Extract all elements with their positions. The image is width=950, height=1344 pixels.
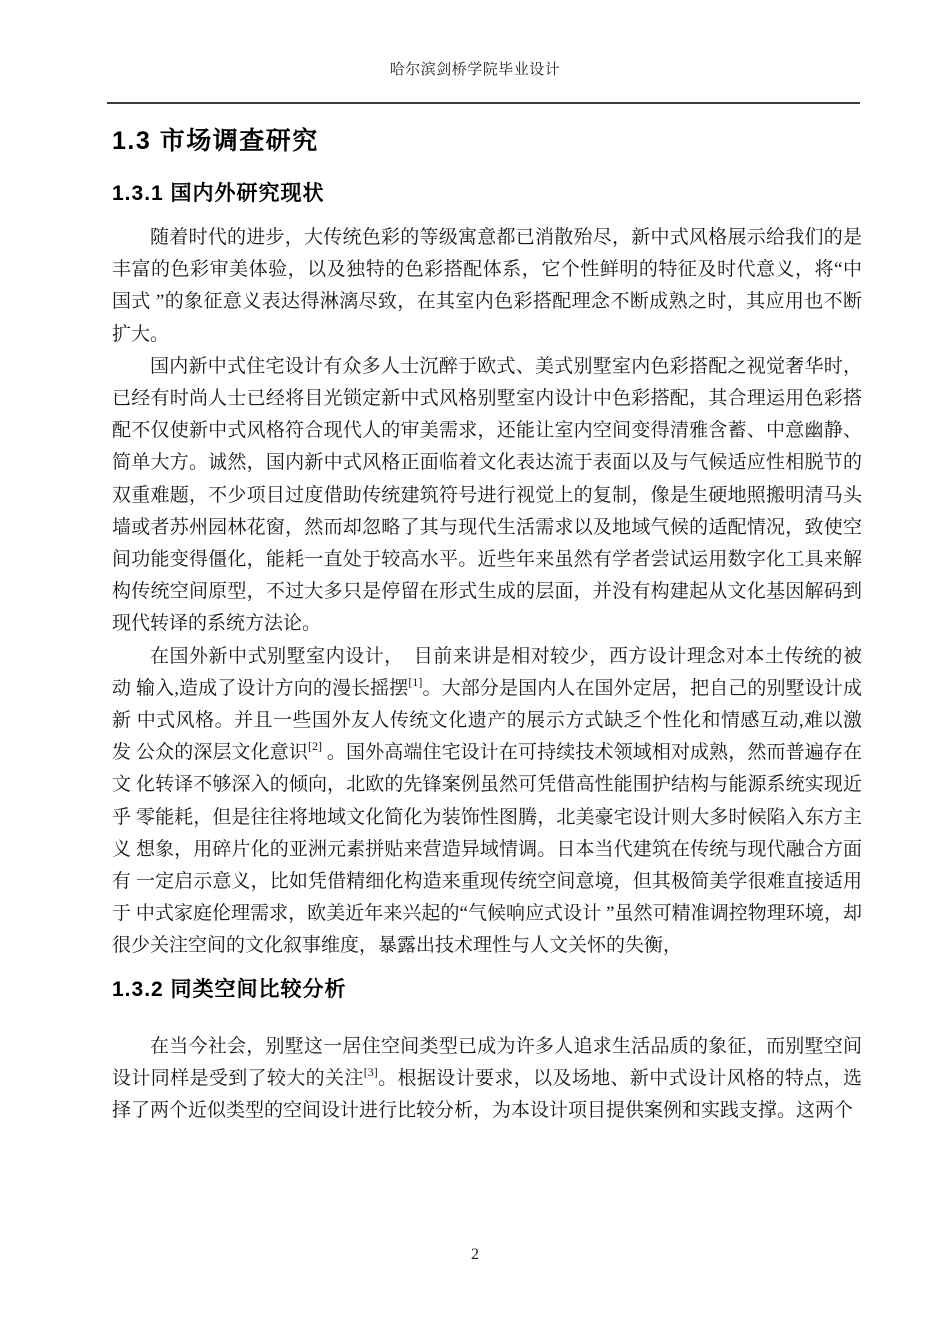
subsection-heading-1-3-1: 1.3.1 国内外研究现状 [112, 181, 862, 207]
paragraph-4: 在当今社会，别墅这一居住空间类型已成为许多人追求生活品质的象征，而别墅空间设计同… [112, 1031, 862, 1128]
document-page: 哈尔滨剑桥学院毕业设计 1.3 市场调查研究 1.3.1 国内外研究现状 随着时… [0, 0, 950, 1344]
paragraph-1: 随着时代的进步，大传统色彩的等级寓意都已消散殆尽，新中式风格展示给我们的是丰富的… [112, 222, 862, 351]
page-content: 1.3 市场调查研究 1.3.1 国内外研究现状 随着时代的进步，大传统色彩的等… [112, 127, 862, 1127]
subsection-heading-1-3-2: 1.3.2 同类空间比较分析 [112, 977, 862, 1003]
paragraph-text: 。国外高端住宅设计在可持续技术领域相对成熟，然而普遍存在文 化转译不够深入的倾向… [112, 742, 862, 956]
running-header: 哈尔滨剑桥学院毕业设计 [0, 0, 950, 80]
footnote-ref-2: [2] [308, 739, 322, 753]
footnote-ref-1: [1] [408, 675, 422, 689]
footnote-ref-3: [3] [364, 1065, 378, 1079]
paragraph-2: 国内新中式住宅设计有众多人士沉醉于欧式、美式别墅室内色彩搭配之视觉奢华时，已经有… [112, 351, 862, 641]
paragraph-3: 在国外新中式别墅室内设计， 目前来讲是相对较少，西方设计理念对本土传统的被动 输… [112, 641, 862, 963]
page-number: 2 [0, 1246, 950, 1264]
section-heading-1-3: 1.3 市场调查研究 [112, 127, 862, 155]
header-rule [107, 102, 860, 104]
